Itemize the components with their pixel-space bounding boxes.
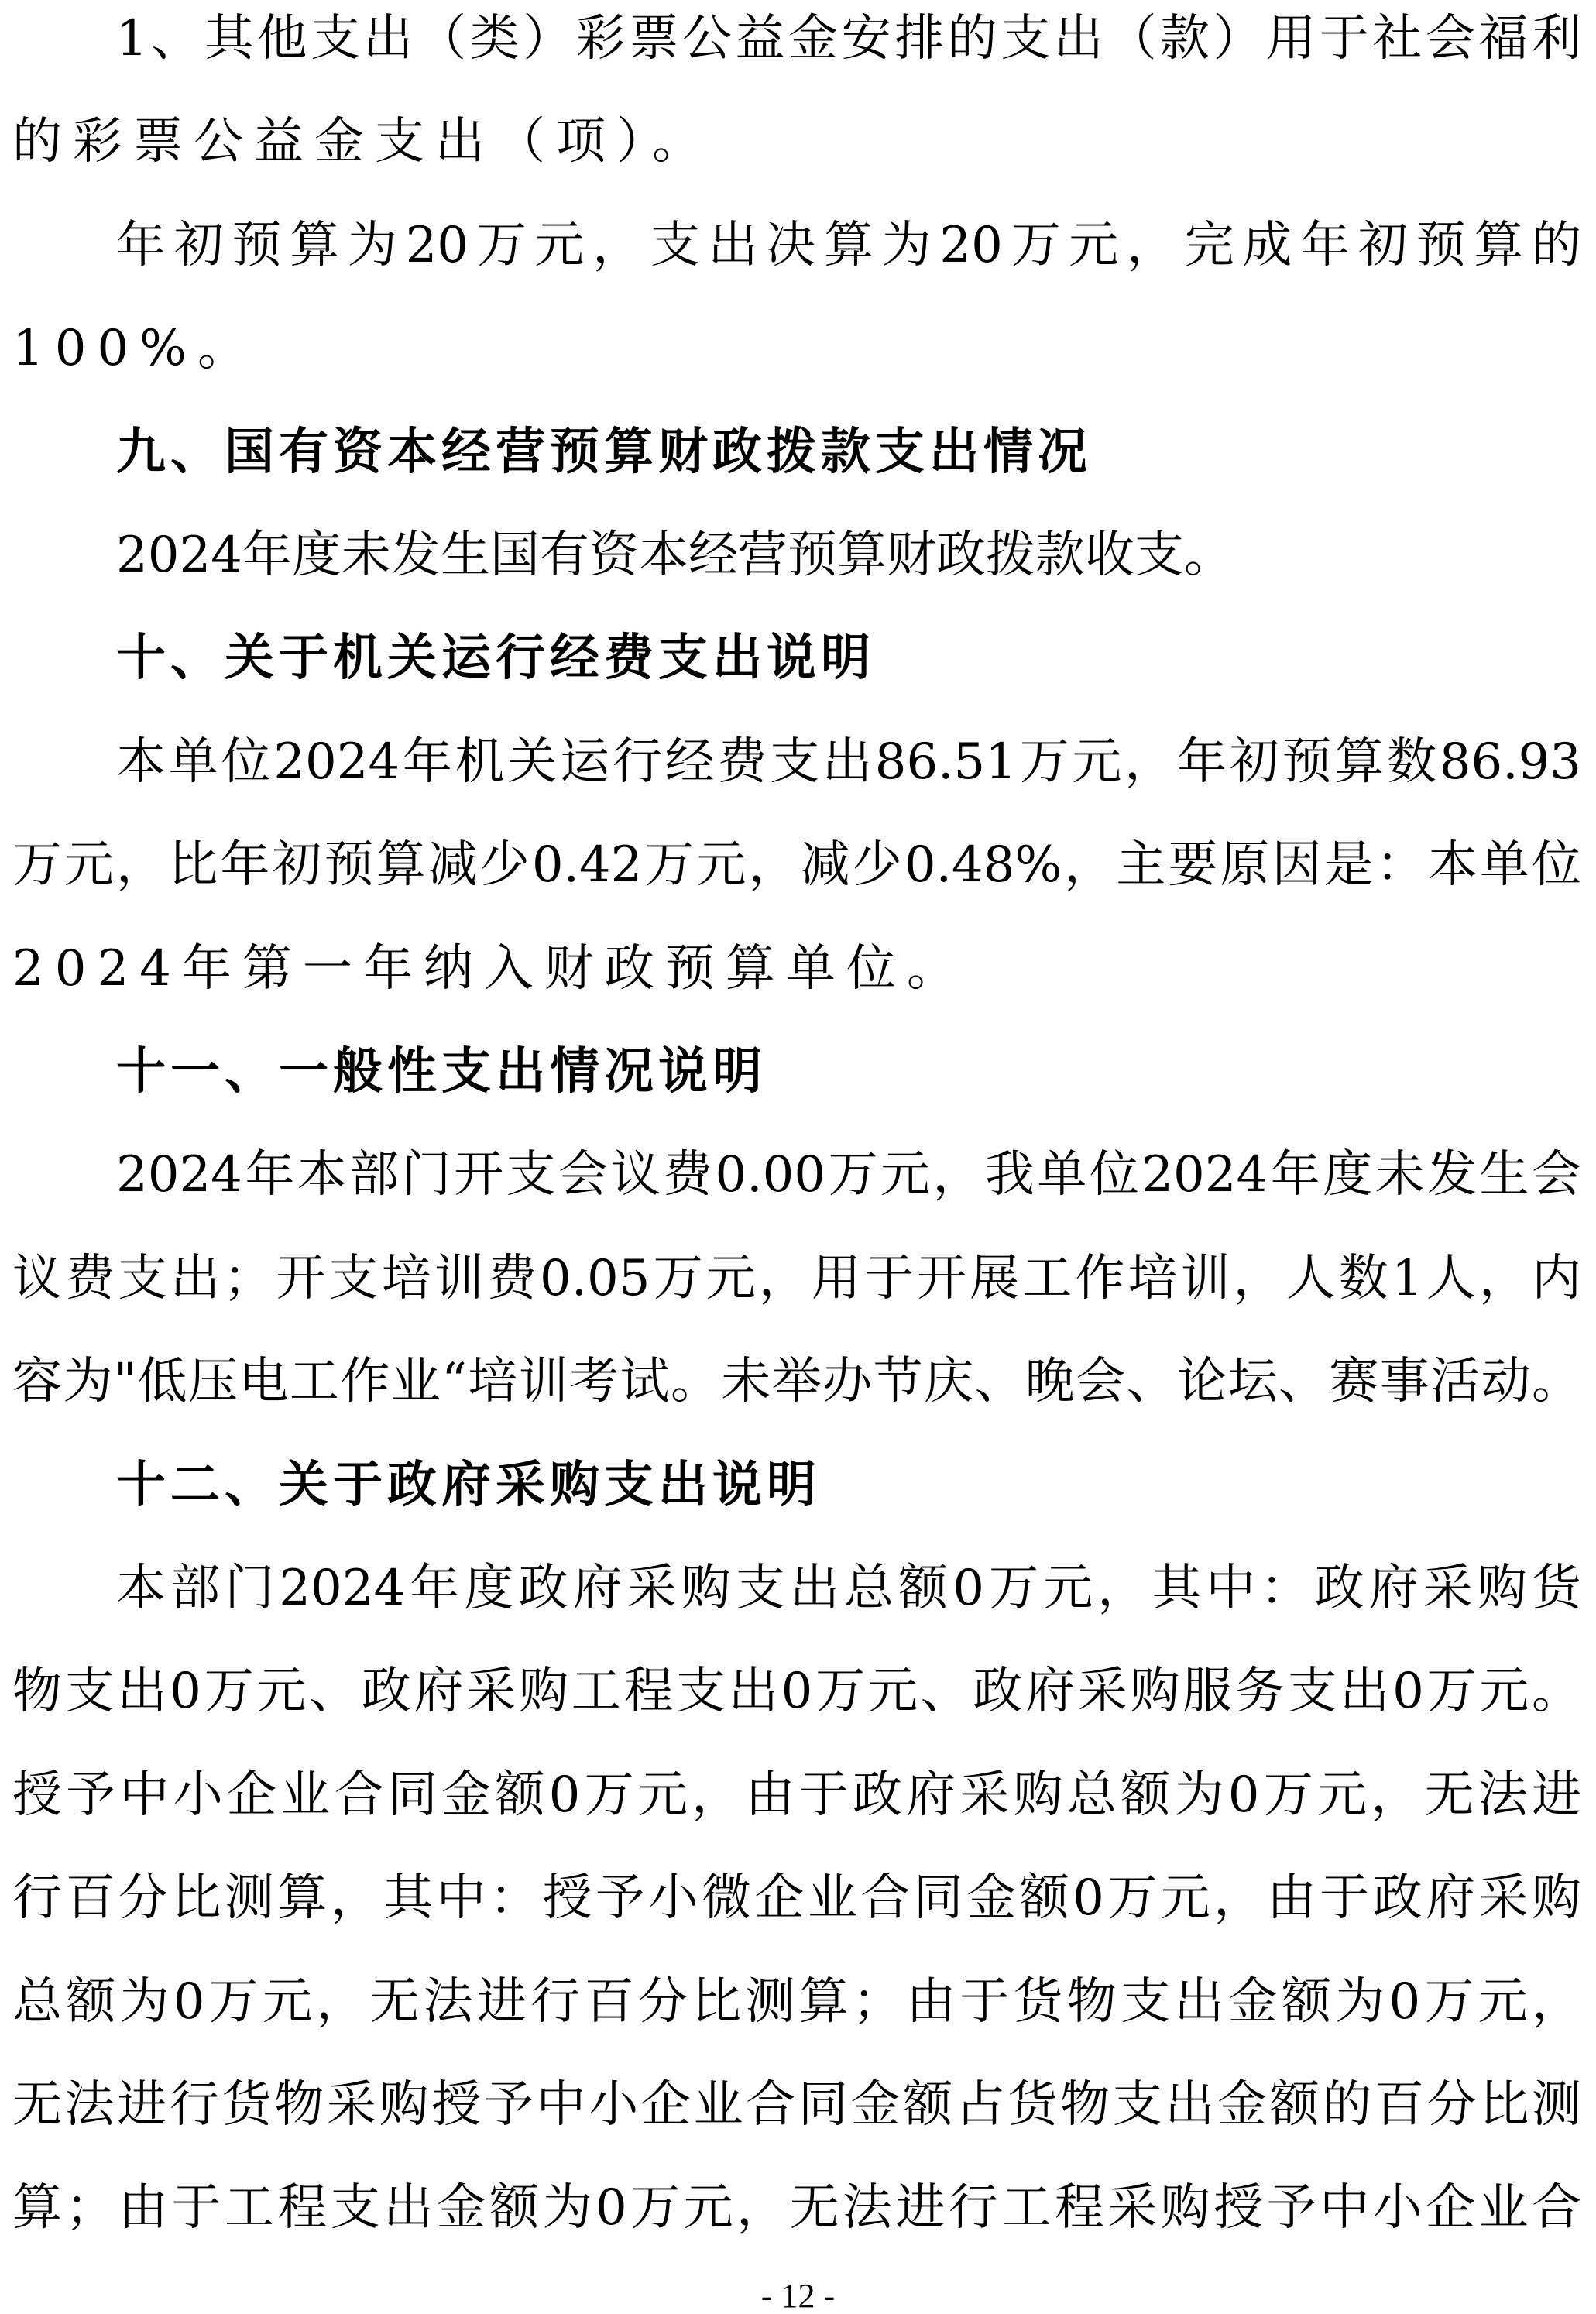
paragraph-line: 算；由于工程支出金额为0万元，无法进行工程采购授予中小企业合 [12,2169,1581,2247]
paragraph-line: 无法进行货物采购授予中小企业合同金额占货物支出金额的百分比测 [12,2066,1581,2144]
section-heading: 九、国有资本经营预算财政拨款支出情况 [116,414,1581,491]
paragraph-line: 议费支出；开支培训费0.05万元，用于开展工作培训，人数1人，内 [12,1240,1581,1317]
paragraph-line: 行百分比测算，其中：授予小微企业合同金额0万元，由于政府采购 [12,1859,1581,1937]
paragraph-line: 2024年本部门开支会议费0.00万元，我单位2024年度未发生会 [116,1136,1581,1214]
paragraph-line: 物支出0万元、政府采购工程支出0万元、政府采购服务支出0万元。 [12,1653,1581,1730]
paragraph-line: 容为"低压电工作业“培训考试。未举办节庆、晚会、论坛、赛事活动。 [12,1343,1581,1420]
paragraph-line: 2024年第一年纳入财政预算单位。 [12,930,1581,1008]
paragraph-line: 本单位2024年机关运行经费支出86.51万元，年初预算数86.93 [116,723,1581,801]
paragraph-line: 的彩票公益金支出（项）。 [12,103,1581,180]
section-heading: 十、关于机关运行经费支出说明 [116,620,1581,697]
section-heading: 十二、关于政府采购支出说明 [116,1447,1581,1524]
paragraph-line: 本部门2024年度政府采购支出总额0万元，其中：政府采购货 [116,1550,1581,1627]
paragraph-line: 总额为0万元，无法进行百分比测算；由于货物支出金额为0万元， [12,1963,1581,2041]
page-number: - 12 - [0,2273,1596,2314]
document-page: 1、其他支出（类）彩票公益金安排的支出（款）用于社会福利的彩票公益金支出（项）。… [0,0,1596,2314]
paragraph-line: 2024年度未发生国有资本经营预算财政拨款收支。 [116,517,1581,594]
paragraph-line: 1、其他支出（类）彩票公益金安排的支出（款）用于社会福利 [116,0,1581,77]
paragraph-line: 100%。 [12,310,1581,387]
section-heading: 十一、一般性支出情况说明 [116,1033,1581,1111]
paragraph-line: 授予中小企业合同金额0万元，由于政府采购总额为0万元，无法进 [12,1756,1581,1834]
paragraph-line: 年初预算为20万元，支出决算为20万元，完成年初预算的 [116,207,1581,284]
paragraph-line: 万元，比年初预算减少0.42万元，减少0.48%，主要原因是：本单位 [12,826,1581,904]
